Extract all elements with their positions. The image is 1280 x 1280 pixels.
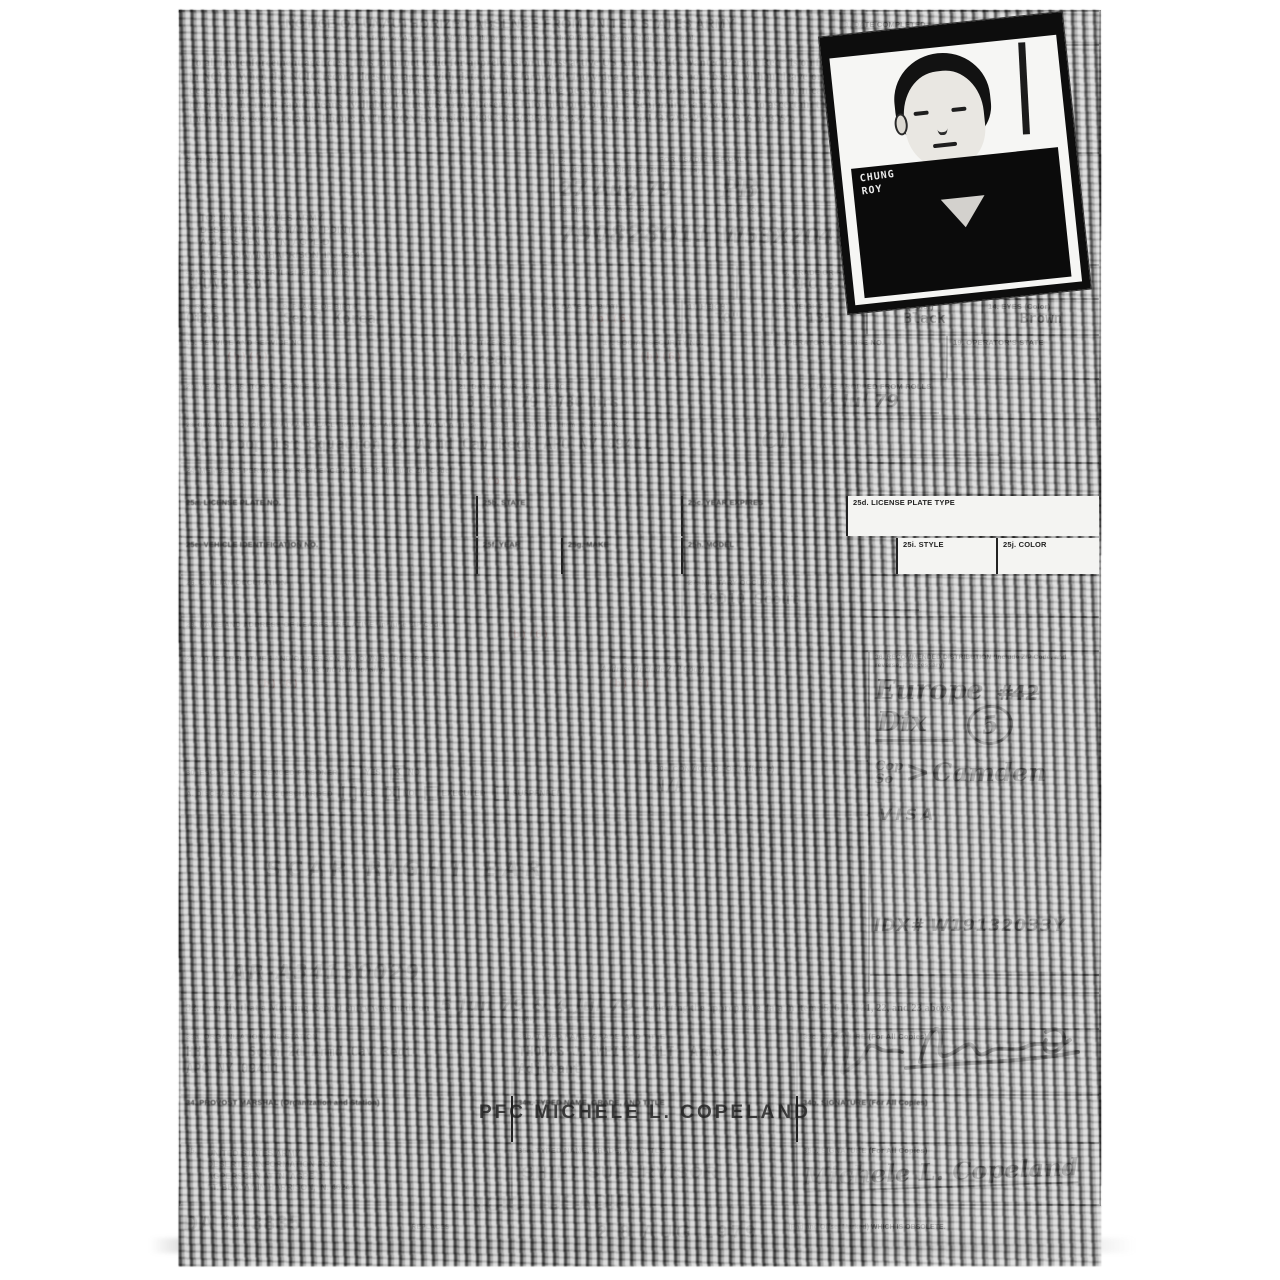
field-vehicle-model: 25h. MODEL bbox=[681, 538, 896, 574]
provost-marshal-label: 34. PROVOST MARSHAL (Organization and St… bbox=[186, 1098, 506, 1107]
field-plate-type: 25d. LICENSE PLATE TYPE bbox=[846, 496, 1099, 536]
vin-label: 25e. VEHICLE IDENTIFICATION NO. bbox=[186, 540, 471, 549]
mugshot-placard-text: CHUNG ROY bbox=[859, 168, 897, 199]
plate-type-label: 25d. LICENSE PLATE TYPE bbox=[853, 498, 1094, 507]
vehicle-style-label: 25i. STYLE bbox=[903, 540, 991, 549]
field-provost-signature: 34b. SIGNATURE (For All Copies) bbox=[796, 1096, 1099, 1142]
mugshot-nose bbox=[936, 119, 948, 136]
vehicle-year-label: 25f. YEAR bbox=[483, 540, 556, 549]
vehicle-plate-row: 25a. LICENSE PLATE NO. 25b. STATE 25c. Y… bbox=[181, 494, 1099, 536]
field-vin: 25e. VEHICLE IDENTIFICATION NO. bbox=[181, 538, 476, 574]
mugshot-body: CHUNG ROY bbox=[851, 147, 1071, 298]
field-vehicle-color: 25j. COLOR bbox=[996, 538, 1099, 574]
field-license-plate: 25a. LICENSE PLATE NO. bbox=[181, 496, 476, 536]
da-form-3835-document: NOTICE OF UNAUTHORIZED ABSENCE FROM UNIT… bbox=[179, 10, 1101, 1266]
field-vehicle-style: 25i. STYLE bbox=[896, 538, 996, 574]
provost-signature-label: 34b. SIGNATURE (For All Copies) bbox=[803, 1098, 1094, 1107]
vehicle-color-label: 25j. COLOR bbox=[1003, 540, 1094, 549]
license-plate-label: 25a. LICENSE PLATE NO. bbox=[186, 498, 471, 507]
field-provost-marshal: 34. PROVOST MARSHAL (Organization and St… bbox=[181, 1096, 511, 1142]
plate-year-label: 25c. YEAR EXPIRES bbox=[688, 498, 841, 507]
field-vehicle-make: 25g. MAKE bbox=[561, 538, 681, 574]
vehicle-id-row: 25e. VEHICLE IDENTIFICATION NO. 25f. YEA… bbox=[181, 536, 1099, 574]
plate-state-label: 25b. STATE bbox=[483, 498, 676, 507]
field-plate-state: 25b. STATE bbox=[476, 496, 681, 536]
field-plate-year: 25c. YEAR EXPIRES bbox=[681, 496, 846, 536]
copeland-name-stamp: PFC MICHELE L. COPELAND bbox=[479, 1102, 811, 1124]
mugshot-collar bbox=[941, 195, 988, 229]
photo-stand-pole bbox=[1018, 42, 1030, 134]
mugshot-photo: CHUNG ROY bbox=[819, 12, 1091, 314]
vehicle-make-label: 25g. MAKE bbox=[568, 540, 676, 549]
field-vehicle-year: 25f. YEAR bbox=[476, 538, 561, 574]
vehicle-model-label: 25h. MODEL bbox=[688, 540, 891, 549]
scanned-document-page: { "glyphs": { "check": "X" }, "f": { "da… bbox=[0, 0, 1280, 1280]
